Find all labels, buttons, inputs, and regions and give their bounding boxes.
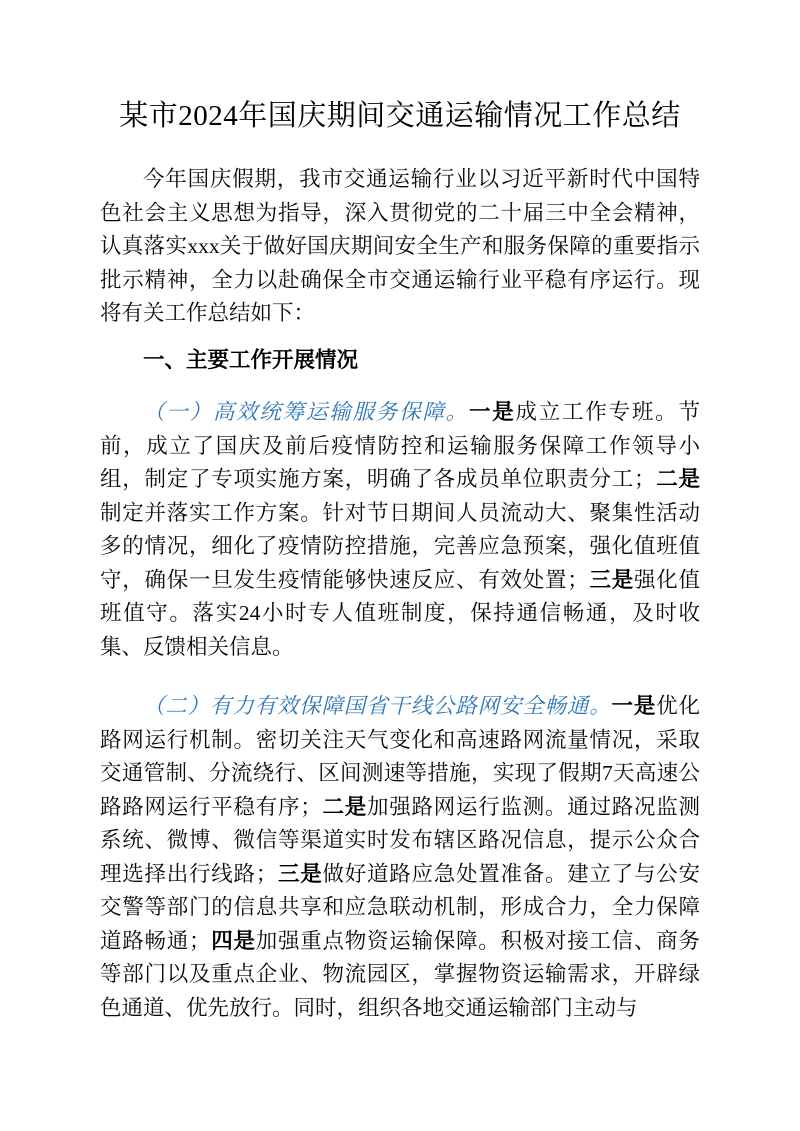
ordinal-marker: 二是: [322, 795, 367, 819]
subsection-1-lead: （一）高效统筹运输服务保障。: [143, 400, 469, 424]
ordinal-marker: 一是: [612, 694, 657, 718]
subsection-paragraph-2: （二）有力有效保障国省干线公路网安全畅通。一是优化路网运行机制。密切关注天气变化…: [100, 690, 700, 1025]
document-page: 某市2024年国庆期间交通运输情况工作总结 今年国庆假期，我市交通运输行业以习近…: [0, 0, 800, 1131]
ordinal-marker: 四是: [211, 929, 256, 953]
ordinal-marker: 一是: [469, 400, 516, 424]
section-heading-1: 一、主要工作开展情况: [100, 344, 700, 378]
ordinal-marker: 三是: [277, 862, 322, 886]
document-title: 某市2024年国庆期间交通运输情况工作总结: [100, 97, 700, 136]
intro-paragraph: 今年国庆假期，我市交通运输行业以习近平新时代中国特色社会主义思想为指导，深入贯彻…: [100, 163, 700, 331]
ordinal-marker: 二是: [655, 467, 700, 491]
subsection-2-lead: （二）有力有效保障国省干线公路网安全畅通。: [143, 694, 612, 718]
subsection-paragraph-1: （一）高效统筹运输服务保障。一是成立工作专班。节前，成立了国庆及前后疫情防控和运…: [100, 396, 700, 664]
ordinal-marker: 三是: [589, 568, 634, 592]
